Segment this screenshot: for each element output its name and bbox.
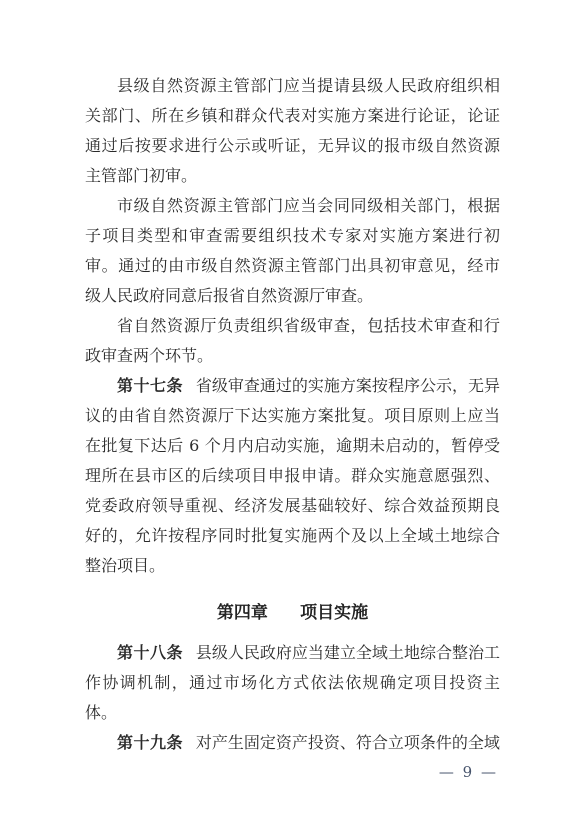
chapter-title: 项目实施 [300, 603, 368, 623]
paragraph-text: 省级审查通过的实施方案按程序公示，无异议的由省自然资源厅下达实施方案批复。项目原… [85, 376, 500, 575]
document-body: 县级自然资源主管部门应当提请县级人民政府组织相关部门、所在乡镇和群众代表对实施方… [85, 71, 500, 758]
document-page: 县级自然资源主管部门应当提请县级人民政府组织相关部门、所在乡镇和群众代表对实施方… [0, 0, 585, 828]
article-number: 第十七条 [117, 376, 183, 395]
paragraph-text: 对产生固定资产投资、符合立项条件的全域 [196, 733, 500, 752]
chapter-heading: 第四章项目实施 [85, 598, 500, 628]
paragraph-text: 省自然资源厅负责组织省级审查，包括技术审查和行政审查两个环节。 [85, 316, 500, 365]
paragraph: 县级自然资源主管部门应当提请县级人民政府组织相关部门、所在乡镇和群众代表对实施方… [85, 71, 500, 191]
paragraph: 省自然资源厅负责组织省级审查，包括技术审查和行政审查两个环节。 [85, 311, 500, 371]
paragraph-article-17: 第十七条省级审查通过的实施方案按程序公示，无异议的由省自然资源厅下达实施方案批复… [85, 371, 500, 581]
paragraph-text: 县级自然资源主管部门应当提请县级人民政府组织相关部门、所在乡镇和群众代表对实施方… [85, 76, 500, 185]
paragraph-article-18: 第十八条县级人民政府应当建立全域土地综合整治工作协调机制，通过市场化方式依法依规… [85, 638, 500, 728]
paragraph-text: 市级自然资源主管部门应当会同同级相关部门，根据子项目类型和审查需要组织技术专家对… [85, 196, 500, 305]
chapter-number: 第四章 [217, 603, 268, 623]
article-number: 第十八条 [117, 643, 183, 662]
paragraph: 市级自然资源主管部门应当会同同级相关部门，根据子项目类型和审查需要组织技术专家对… [85, 191, 500, 311]
page-number: — 9 — [439, 762, 498, 782]
article-number: 第十九条 [117, 733, 183, 752]
paragraph-article-19: 第十九条对产生固定资产投资、符合立项条件的全域 [85, 728, 500, 758]
